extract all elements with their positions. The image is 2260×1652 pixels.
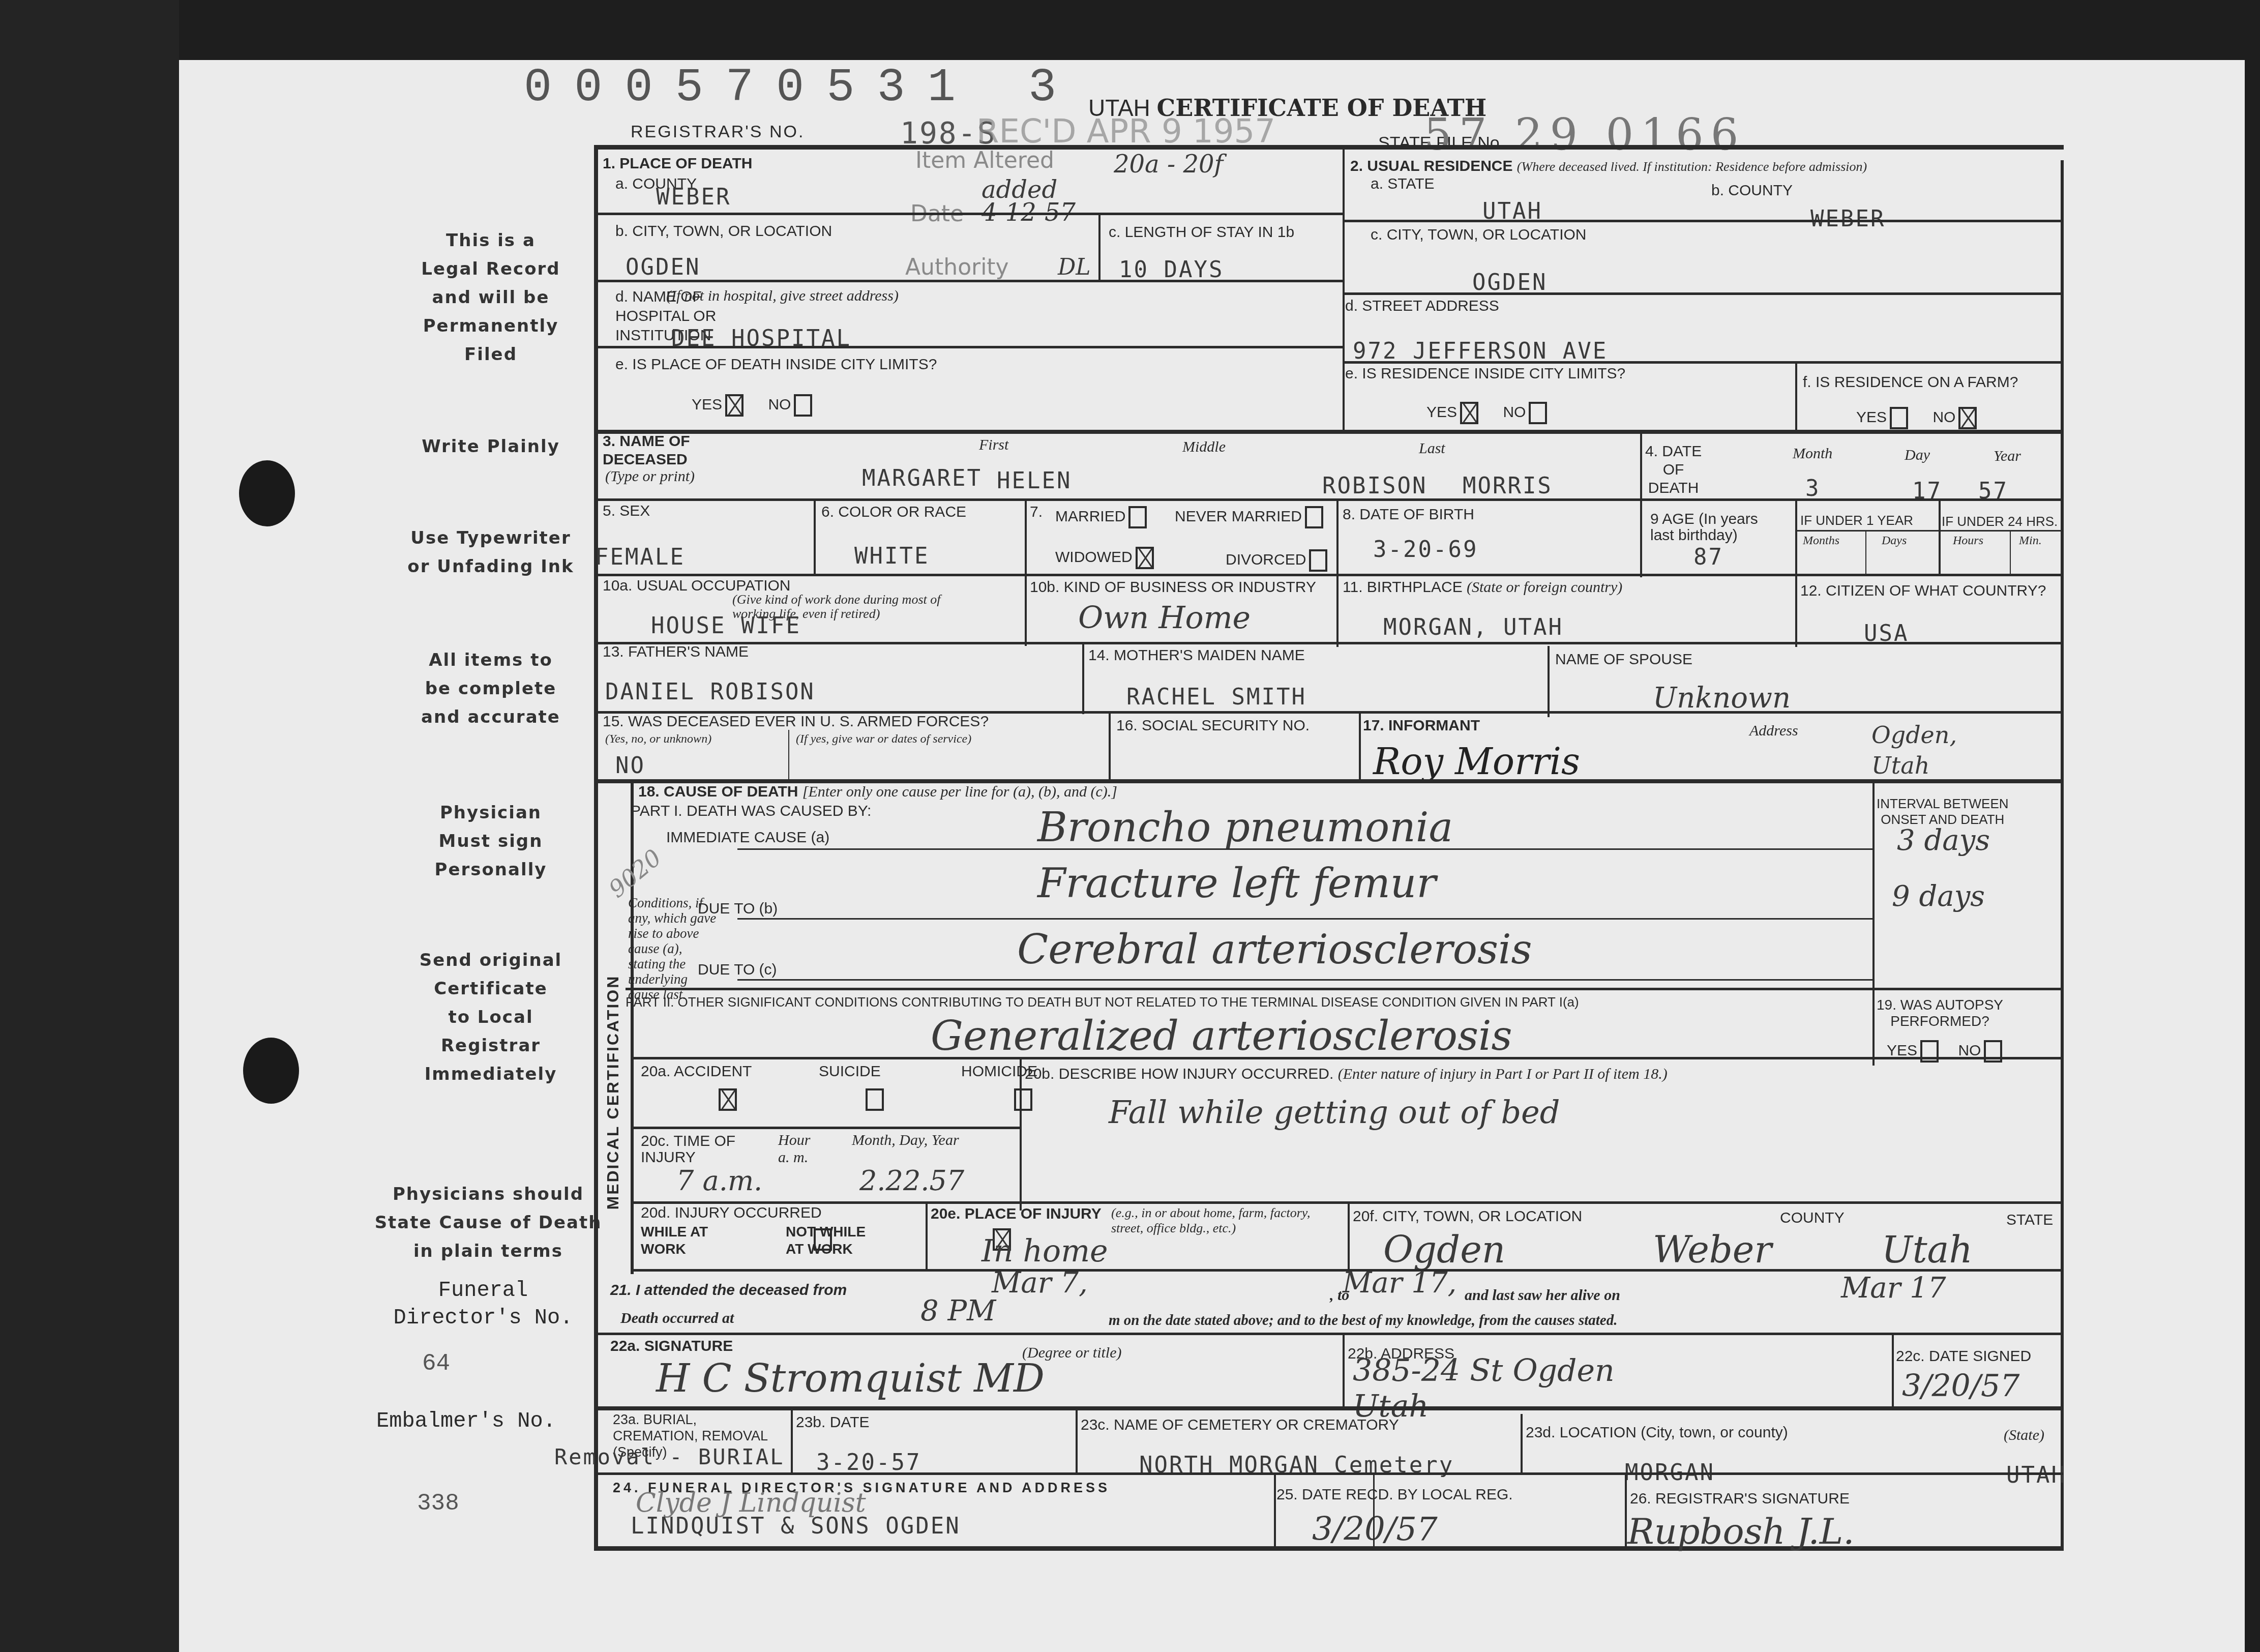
- medical-certification-label: MEDICAL CERTIFICATION: [604, 996, 622, 1210]
- divider-place-residence: [1343, 147, 1345, 432]
- rule: [596, 1472, 2063, 1475]
- funeral-director-no-label: Funeral Director's No.: [376, 1277, 590, 1332]
- pod-city-label: b. CITY, TOWN, OR LOCATION: [615, 223, 832, 240]
- signature-label-wrap: 22a. SIGNATURE: [610, 1338, 733, 1355]
- sex-value: FEMALE: [595, 544, 685, 570]
- father-value: DANIEL ROBISON: [605, 679, 815, 705]
- age-value: 87: [1693, 544, 1723, 570]
- month-day-year-label: Month, Day, Year: [852, 1132, 959, 1149]
- rule: [1109, 712, 1111, 781]
- spouse-value: Unknown: [1653, 682, 1791, 715]
- manner-row: 20a. ACCIDENT: [641, 1063, 752, 1080]
- attended-to-value: Mar 17,: [1343, 1266, 1456, 1300]
- embalmer-no: 338: [417, 1490, 459, 1517]
- citizen-label: 12. CITIZEN OF WHAT COUNTRY?: [1800, 582, 2046, 600]
- cause-note: [Enter only one cause per line for (a), …: [802, 783, 1117, 800]
- place-of-injury-value: In home: [982, 1233, 1108, 1269]
- rule: [1625, 1474, 1627, 1548]
- res-state-label: a. STATE: [1371, 175, 1435, 193]
- res-city-label: c. CITY, TOWN, OR LOCATION: [1371, 226, 1587, 244]
- note-physician-sign: Physician Must sign Personally: [392, 799, 590, 884]
- res-farm-options: YES NO: [1856, 407, 1977, 429]
- married-label: MARRIED: [1055, 508, 1125, 525]
- homicide-checkbox[interactable]: [1014, 1088, 1032, 1111]
- marital-never-married: NEVER MARRIED: [1175, 506, 1323, 528]
- first-name-label: First: [979, 436, 1008, 454]
- funeral-director-no: 64: [422, 1350, 450, 1377]
- state-file-number: 57 29 0166: [1424, 109, 1745, 160]
- rule: [596, 346, 1344, 348]
- res-street-label: d. STREET ADDRESS: [1345, 298, 1499, 315]
- cause-heading: 18. CAUSE OF DEATH: [638, 783, 798, 800]
- death-occurred-at-value: 8 PM: [920, 1294, 996, 1327]
- part1-label: PART I. DEATH WAS CAUSED BY:: [631, 803, 871, 819]
- res-inside-city-options: YES NO: [1426, 402, 1547, 424]
- date-received-value: 3/20/57: [1312, 1511, 1438, 1548]
- form-border-right: [2061, 160, 2064, 1549]
- location-state-label: (State): [2004, 1427, 2044, 1444]
- under-24-hrs-label: IF UNDER 24 HRS.: [1942, 514, 2058, 529]
- res-county-label: b. COUNTY: [1711, 182, 1793, 199]
- date-received-label: 25. DATE RECD. BY LOCAL REG.: [1276, 1486, 1513, 1503]
- suicide-label: SUICIDE: [819, 1063, 881, 1080]
- scan-border-left: [0, 0, 179, 1652]
- res-inside-city-label: e. IS RESIDENCE INSIDE CITY LIMITS?: [1345, 365, 1625, 382]
- signature-label: 22a. SIGNATURE: [610, 1338, 733, 1354]
- rule: [1939, 499, 1941, 576]
- attended-from-value: Mar 7,: [992, 1266, 1088, 1300]
- res-county-value: WEBER: [1810, 206, 1885, 232]
- business-label: 10b. KIND OF BUSINESS OR INDUSTRY: [1030, 579, 1316, 596]
- divorced-label: DIVORCED: [1226, 551, 1306, 568]
- rule: [596, 213, 1344, 215]
- last-saw-label: and last saw her alive on: [1465, 1287, 1620, 1304]
- amend-authority-value: DL: [1058, 254, 1091, 280]
- hour-label: Hour a. m.: [778, 1132, 810, 1166]
- rule: [1640, 432, 1642, 577]
- note-legal-record: This is a Legal Record and will be Perma…: [392, 226, 590, 369]
- rule: [1020, 1058, 1022, 1211]
- informant-label: 17. INFORMANT: [1363, 717, 1480, 734]
- note-write-plainly: Write Plainly: [392, 432, 590, 461]
- form-border-left: [594, 145, 598, 1549]
- how-wrap: 20b. DESCRIBE HOW INJURY OCCURRED. (Ente…: [1025, 1066, 1668, 1083]
- divorced-checkbox[interactable]: [1309, 549, 1327, 572]
- time-of-injury-label: 20c. TIME OF INJURY: [641, 1133, 735, 1166]
- injury-state-label: STATE: [2006, 1212, 2053, 1229]
- age-label: 9 AGE (In years last birthday): [1650, 511, 1758, 544]
- cause-heading-wrap: 18. CAUSE OF DEATH [Enter only one cause…: [638, 783, 1117, 801]
- rule: [1344, 220, 2062, 222]
- manner-label: 20a.: [641, 1063, 670, 1080]
- disposition-date-value: 3-20-57: [816, 1450, 921, 1476]
- marital-widowed: WIDOWED: [1055, 547, 1154, 569]
- res-farm-no-checkbox[interactable]: [1958, 407, 1977, 429]
- injury-county-value: Weber: [1653, 1228, 1772, 1271]
- birthplace-note: (State or foreign country): [1467, 579, 1622, 596]
- place-of-injury-label: 20e. PLACE OF INJURY: [931, 1205, 1102, 1222]
- rule: [814, 499, 816, 575]
- how-label: 20b. DESCRIBE HOW INJURY OCCURRED.: [1025, 1066, 1333, 1082]
- death-occurred-at-label: Death occurred at: [620, 1310, 734, 1327]
- mother-label: 14. MOTHER'S MAIDEN NAME: [1088, 647, 1305, 664]
- name-label: 3. NAME OF DECEASED: [603, 432, 690, 469]
- birthplace-label-wrap: 11. BIRTHPLACE (State or foreign country…: [1343, 579, 1622, 596]
- rule: [1359, 712, 1361, 781]
- pod-stay-value: 10 DAYS: [1119, 257, 1224, 283]
- occupation-value: HOUSE WIFE: [651, 613, 801, 639]
- interval-label: INTERVAL BETWEEN ONSET AND DEATH: [1877, 796, 2009, 828]
- res-inside-city-yes-checkbox[interactable]: [1460, 402, 1478, 424]
- never-married-label: NEVER MARRIED: [1175, 508, 1302, 525]
- days-label: Days: [1882, 534, 1907, 548]
- no-label: NO: [1958, 1042, 1981, 1059]
- rule: [596, 498, 2063, 501]
- never-married-checkbox[interactable]: [1305, 506, 1323, 528]
- armed-forces-label: 15. WAS DECEASED EVER IN U. S. ARMED FOR…: [603, 713, 989, 730]
- yes-label: YES: [1887, 1042, 1917, 1059]
- pod-inside-city-label: e. IS PLACE OF DEATH INSIDE CITY LIMITS?: [615, 356, 937, 373]
- rule: [737, 918, 1872, 920]
- armed-forces-note-2: (If yes, give war or dates of service): [796, 732, 971, 746]
- pod-inside-city-yes-checkbox[interactable]: [725, 394, 744, 417]
- pod-stay-label: c. LENGTH OF STAY IN 1b: [1109, 224, 1294, 241]
- part2-label: PART II. OTHER SIGNIFICANT CONDITIONS CO…: [626, 994, 1579, 1010]
- injury-occurred-label: 20d. INJURY OCCURRED: [641, 1204, 822, 1222]
- amend-item-value: 20a - 20f: [1114, 150, 1223, 179]
- interval-a-value: 3 days: [1897, 824, 1990, 857]
- name-note: (Type or print): [605, 468, 695, 485]
- married-checkbox[interactable]: [1128, 506, 1147, 528]
- no-label: NO: [1932, 409, 1955, 426]
- attended-label: 21. I attended the deceased from: [610, 1282, 847, 1299]
- informant-signature: Roy Morris: [1373, 740, 1580, 783]
- how-note: (Enter nature of injury in Part I or Par…: [1338, 1066, 1668, 1082]
- location-state-value: UTAH: [2006, 1462, 2066, 1488]
- rule: [1098, 214, 1101, 280]
- punch-hole-bottom: [243, 1038, 299, 1104]
- form-border-top: [594, 145, 2064, 150]
- rule: [596, 642, 2063, 644]
- registrar-signature: Rupbosh J.L.: [1627, 1511, 1854, 1552]
- sex-label: 5. SEX: [603, 503, 650, 520]
- injury-state-value: Utah: [1882, 1228, 1973, 1271]
- spouse-label: NAME OF SPOUSE: [1555, 651, 1692, 668]
- rule: [1872, 781, 1875, 1066]
- yes-label: YES: [692, 396, 722, 413]
- rule: [1796, 530, 2062, 532]
- rule: [926, 1202, 928, 1271]
- marital-label: 7.: [1030, 504, 1043, 521]
- rule: [1795, 499, 1797, 647]
- rule: [2010, 531, 2011, 576]
- rule: [596, 1333, 2063, 1335]
- res-street-value: 972 JEFFERSON AVE: [1353, 338, 1608, 364]
- rule: [596, 1406, 2063, 1410]
- at-work-label: WHILE AT WORK: [641, 1223, 708, 1258]
- rule: [1348, 1202, 1350, 1271]
- place-of-injury-note: (e.g., in or about home, farm, factory, …: [1111, 1205, 1335, 1236]
- rule: [791, 1408, 793, 1474]
- rule: [1274, 1474, 1276, 1548]
- rule: [1795, 362, 1797, 431]
- place-of-death-section: 1. PLACE OF DEATH: [603, 155, 752, 172]
- res-inside-city-no-checkbox[interactable]: [1529, 402, 1547, 424]
- rule: [737, 848, 1872, 850]
- embalmer-no-label: Embalmer's No.: [376, 1409, 556, 1433]
- hours-label: Hours: [1953, 534, 1983, 548]
- usual-residence-section: 2. USUAL RESIDENCE (Where deceased lived…: [1350, 158, 1867, 175]
- amend-authority-label: Authority: [905, 254, 1009, 280]
- rule: [1025, 499, 1027, 575]
- amend-item-label: Item Altered: [915, 147, 1054, 173]
- usual-residence-heading: 2. USUAL RESIDENCE: [1350, 158, 1513, 174]
- injury-date-value: 2.22.57: [859, 1165, 964, 1197]
- death-year-label: Year: [1994, 448, 2021, 465]
- last-name-label: Last: [1419, 440, 1445, 457]
- physician-signature: H C Stromquist MD: [656, 1355, 1045, 1401]
- rule: [1082, 643, 1084, 714]
- res-farm-yes-checkbox[interactable]: [1890, 407, 1908, 429]
- first-name-value: MARGARET: [862, 465, 982, 491]
- last-name-value: ROBISON MORRIS: [1322, 473, 1553, 499]
- rule: [596, 574, 2063, 576]
- part2-value: Generalized arteriosclerosis: [931, 1012, 1512, 1059]
- dob-value: 3-20-69: [1373, 537, 1478, 563]
- disposition-date-label: 23b. DATE: [796, 1414, 870, 1431]
- informant-address-label: Address: [1749, 722, 1798, 740]
- race-label: 6. COLOR OR RACE: [821, 504, 966, 521]
- no-label: NO: [768, 396, 791, 413]
- rule: [633, 1127, 1021, 1129]
- res-farm-label: f. IS RESIDENCE ON A FARM?: [1803, 374, 2018, 391]
- injury-city-value: Ogden: [1383, 1228, 1505, 1271]
- yes-label: YES: [1426, 404, 1457, 421]
- autopsy-label: 19. WAS AUTOPSY PERFORMED?: [1877, 997, 2003, 1029]
- note-complete-accurate: All items to be complete and accurate: [392, 646, 590, 731]
- res-city-value: OGDEN: [1472, 270, 1547, 296]
- funeral-director-value: LINDQUIST & SONS OGDEN: [631, 1513, 961, 1539]
- accident-checkbox[interactable]: [719, 1088, 737, 1111]
- informant-address-value: Ogden, Utah: [1871, 720, 1948, 781]
- rule: [1343, 1334, 1345, 1407]
- race-value: WHITE: [854, 543, 929, 569]
- rule: [1521, 1414, 1523, 1475]
- interval-b-value: 9 days: [1892, 880, 1985, 913]
- rule: [1336, 499, 1339, 647]
- middle-name-value: HELEN: [997, 468, 1072, 494]
- widowed-label: WIDOWED: [1055, 549, 1133, 566]
- under-1-year-label: IF UNDER 1 YEAR: [1800, 513, 1913, 528]
- death-month-label: Month: [1793, 445, 1832, 462]
- cemetery-label: 23c. NAME OF CEMETERY OR CREMATORY: [1081, 1417, 1399, 1434]
- rule: [626, 988, 2062, 990]
- months-label: Months: [1803, 534, 1839, 548]
- dob-label: 8. DATE OF BIRTH: [1343, 506, 1474, 523]
- death-day-label: Day: [1905, 447, 1930, 464]
- location-label-wrap: 23d. LOCATION (City, town, or county): [1526, 1424, 1788, 1441]
- note-typewriter: Use Typewriter or Unfading Ink: [376, 524, 605, 581]
- marital-married: MARRIED: [1055, 506, 1147, 528]
- middle-name-label: Middle: [1182, 438, 1226, 456]
- not-at-work-label: NOT WHILE AT WORK: [786, 1223, 866, 1258]
- immediate-cause-value: Broncho pneumonia: [1037, 804, 1453, 851]
- pod-county-value: WEBER: [656, 184, 731, 210]
- min-label: Min.: [2019, 534, 2042, 548]
- disposition-method-value: Removal - BURIAL: [554, 1444, 785, 1469]
- pod-city-value: OGDEN: [626, 254, 700, 280]
- suicide-checkbox[interactable]: [866, 1088, 884, 1111]
- due-to-b-value: Fracture left femur: [1037, 860, 1436, 907]
- pod-inside-city-no-checkbox[interactable]: [794, 394, 812, 417]
- rule: [596, 280, 1344, 282]
- rule: [1025, 575, 1027, 646]
- injury-hour-value: 7 a.m.: [676, 1165, 762, 1197]
- date-signed-label: 22c. DATE SIGNED: [1896, 1348, 2031, 1365]
- injury-city-label: 20f. CITY, TOWN, OR LOCATION: [1353, 1208, 1582, 1225]
- physician-address-value: 385-24 St Ogden Utah: [1353, 1353, 1638, 1424]
- last-saw-value: Mar 17: [1841, 1272, 1946, 1305]
- medical-section-border: [631, 781, 634, 1274]
- registrar-signature-label: 26. REGISTRAR'S SIGNATURE: [1630, 1490, 1850, 1508]
- pod-hospital-note: (If not in hospital, give street address…: [666, 287, 899, 305]
- location-label: 23d. LOCATION (City, town, or county): [1526, 1424, 1788, 1441]
- pod-inside-city-options: YES NO: [692, 394, 812, 417]
- accident-label: ACCIDENT: [674, 1063, 752, 1080]
- rule: [1344, 361, 2062, 364]
- armed-forces-value: NO: [615, 753, 645, 779]
- father-label: 13. FATHER'S NAME: [603, 643, 749, 661]
- rule: [596, 430, 2063, 434]
- due-to-c-label: DUE TO (c): [698, 961, 777, 979]
- serial-number: 000570531 3: [524, 61, 1079, 114]
- usual-residence-note: (Where deceased lived. If institution: R…: [1517, 159, 1867, 174]
- ssn-label: 16. SOCIAL SECURITY NO.: [1116, 717, 1310, 734]
- note-send-original: Send original Certificate to Local Regis…: [392, 946, 590, 1088]
- business-value: Own Home: [1078, 600, 1251, 636]
- date-signed-value: 3/20/57: [1902, 1368, 2019, 1404]
- no-label: NO: [1503, 404, 1526, 421]
- how-value: Fall while getting out of bed: [1109, 1094, 1560, 1131]
- registrar-no-label: REGISTRAR'S NO.: [631, 122, 805, 142]
- rule: [1373, 1474, 1375, 1548]
- birthplace-label: 11. BIRTHPLACE: [1343, 579, 1463, 596]
- immediate-cause-label: IMMEDIATE CAUSE (a): [666, 829, 829, 846]
- rule: [1865, 531, 1866, 576]
- injury-county-label: COUNTY: [1780, 1209, 1845, 1227]
- informant-label-wrap: 17. INFORMANT: [1363, 717, 1480, 734]
- rule: [1344, 292, 2062, 295]
- rule: [1892, 1334, 1894, 1407]
- mother-value: RACHEL SMITH: [1126, 684, 1306, 710]
- yes-label: YES: [1856, 409, 1887, 426]
- rule: [633, 1057, 2062, 1059]
- due-to-b-label: DUE TO (b): [698, 900, 778, 918]
- widowed-checkbox[interactable]: [1136, 547, 1154, 569]
- armed-forces-note-1: (Yes, no, or unknown): [605, 732, 711, 746]
- death-month-value: 3: [1805, 476, 1821, 501]
- rule: [788, 730, 789, 781]
- rule: [596, 779, 2063, 783]
- place-of-death-heading: 1. PLACE OF DEATH: [603, 155, 752, 172]
- place-of-injury-wrap: 20e. PLACE OF INJURY: [931, 1205, 1102, 1223]
- punch-hole-top: [239, 460, 295, 526]
- marital-divorced: DIVORCED: [1226, 549, 1327, 572]
- part1-wrap: PART I. DEATH WAS CAUSED BY:: [631, 803, 871, 820]
- rule: [737, 979, 1872, 981]
- due-to-c-value: Cerebral arteriosclerosis: [1017, 926, 1532, 973]
- rule: [1076, 1408, 1078, 1474]
- birthplace-value: MORGAN, UTAH: [1383, 614, 1563, 640]
- date-of-death-label: 4. DATE OF DEATH: [1645, 442, 1702, 497]
- rule: [1548, 646, 1550, 717]
- death-occurred-suffix: m on the date stated above; and to the b…: [1109, 1312, 1617, 1329]
- note-cause-plain-terms: Physicians should State Cause of Death i…: [366, 1180, 610, 1265]
